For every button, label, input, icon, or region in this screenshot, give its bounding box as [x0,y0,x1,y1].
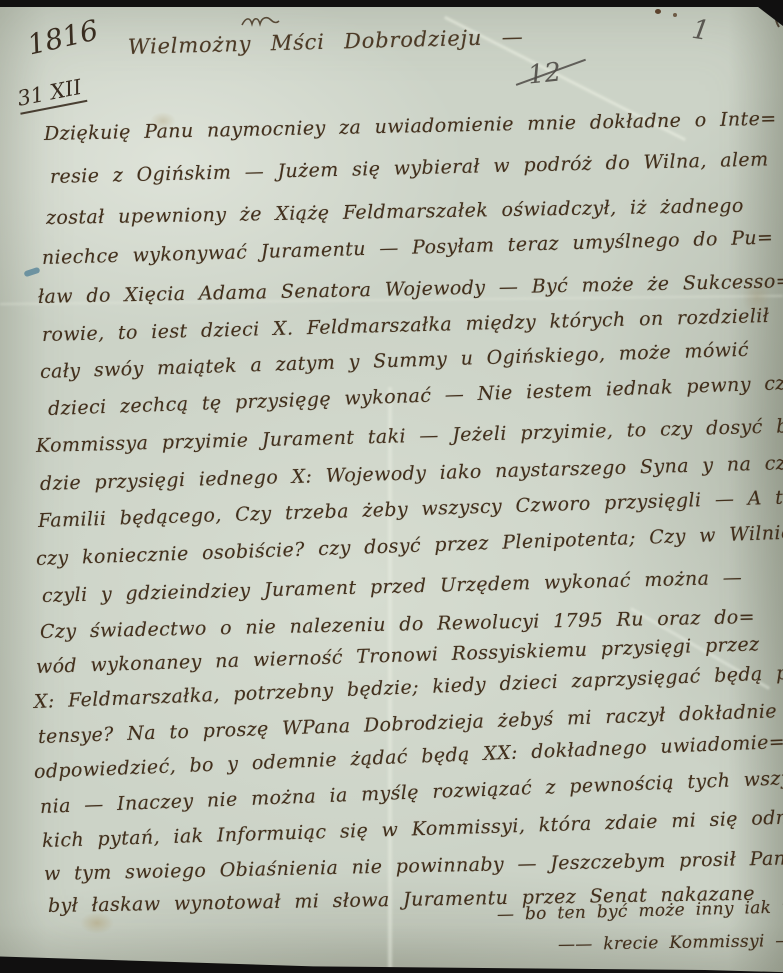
letter-line-10: dzie przysięgi iednego X: Wojewody iako … [40,451,783,495]
letter-line-6: rowie, to iest dzieci X. Feldmarszałka m… [42,305,770,346]
ink-speck [673,13,677,17]
flourish-mark [240,13,280,29]
letter-line-5: ław do Xięcia Adama Senatora Wojewody — … [38,270,783,308]
letter-line-4: niechce wykonywać Juramentu — Posyłam te… [42,227,774,269]
ink-speck [655,9,661,14]
year-annotation: 1816 [24,13,101,61]
page-number-annotation: 1 [690,14,712,47]
blue-pigment-mark [23,267,40,278]
letter-line-1: Dziękuię Panu naymocniey za uwiadomienie… [44,108,777,145]
letter-line-3: został upewniony że Xiążę Feldmarszałek … [46,195,744,229]
scan-edge-top [0,0,783,7]
corner-ink-mark [767,7,783,29]
letter-line-21: w tym swoiego Obiaśnienia nie powinnaby … [44,846,783,885]
scanned-letter-viewport: { "annotations": { "year": "1816", "date… [0,0,783,973]
letter-line-9: Kommissya przyimie Jurament taki — Jeżel… [36,415,783,457]
letter-line-13: czyli y gdzieindziey Jurament przed Urzę… [42,567,743,607]
letter-line-2: resie z Ogińskim — Jużem się wybierał w … [50,148,769,188]
manuscript-page: 1816 31 XII 1 12 Wielmożny Mści Dobrodzi… [0,7,783,973]
crossed-out-number: 12 [527,57,563,90]
postscript-line-2: —— krecie Kommissyi — [558,931,783,955]
salutation: Wielmożny Mści Dobrodzieju — [128,25,524,59]
letter-line-12: czy koniecznie osobiście? czy dosyć prze… [36,522,783,570]
date-annotation: 31 XII [15,74,87,114]
